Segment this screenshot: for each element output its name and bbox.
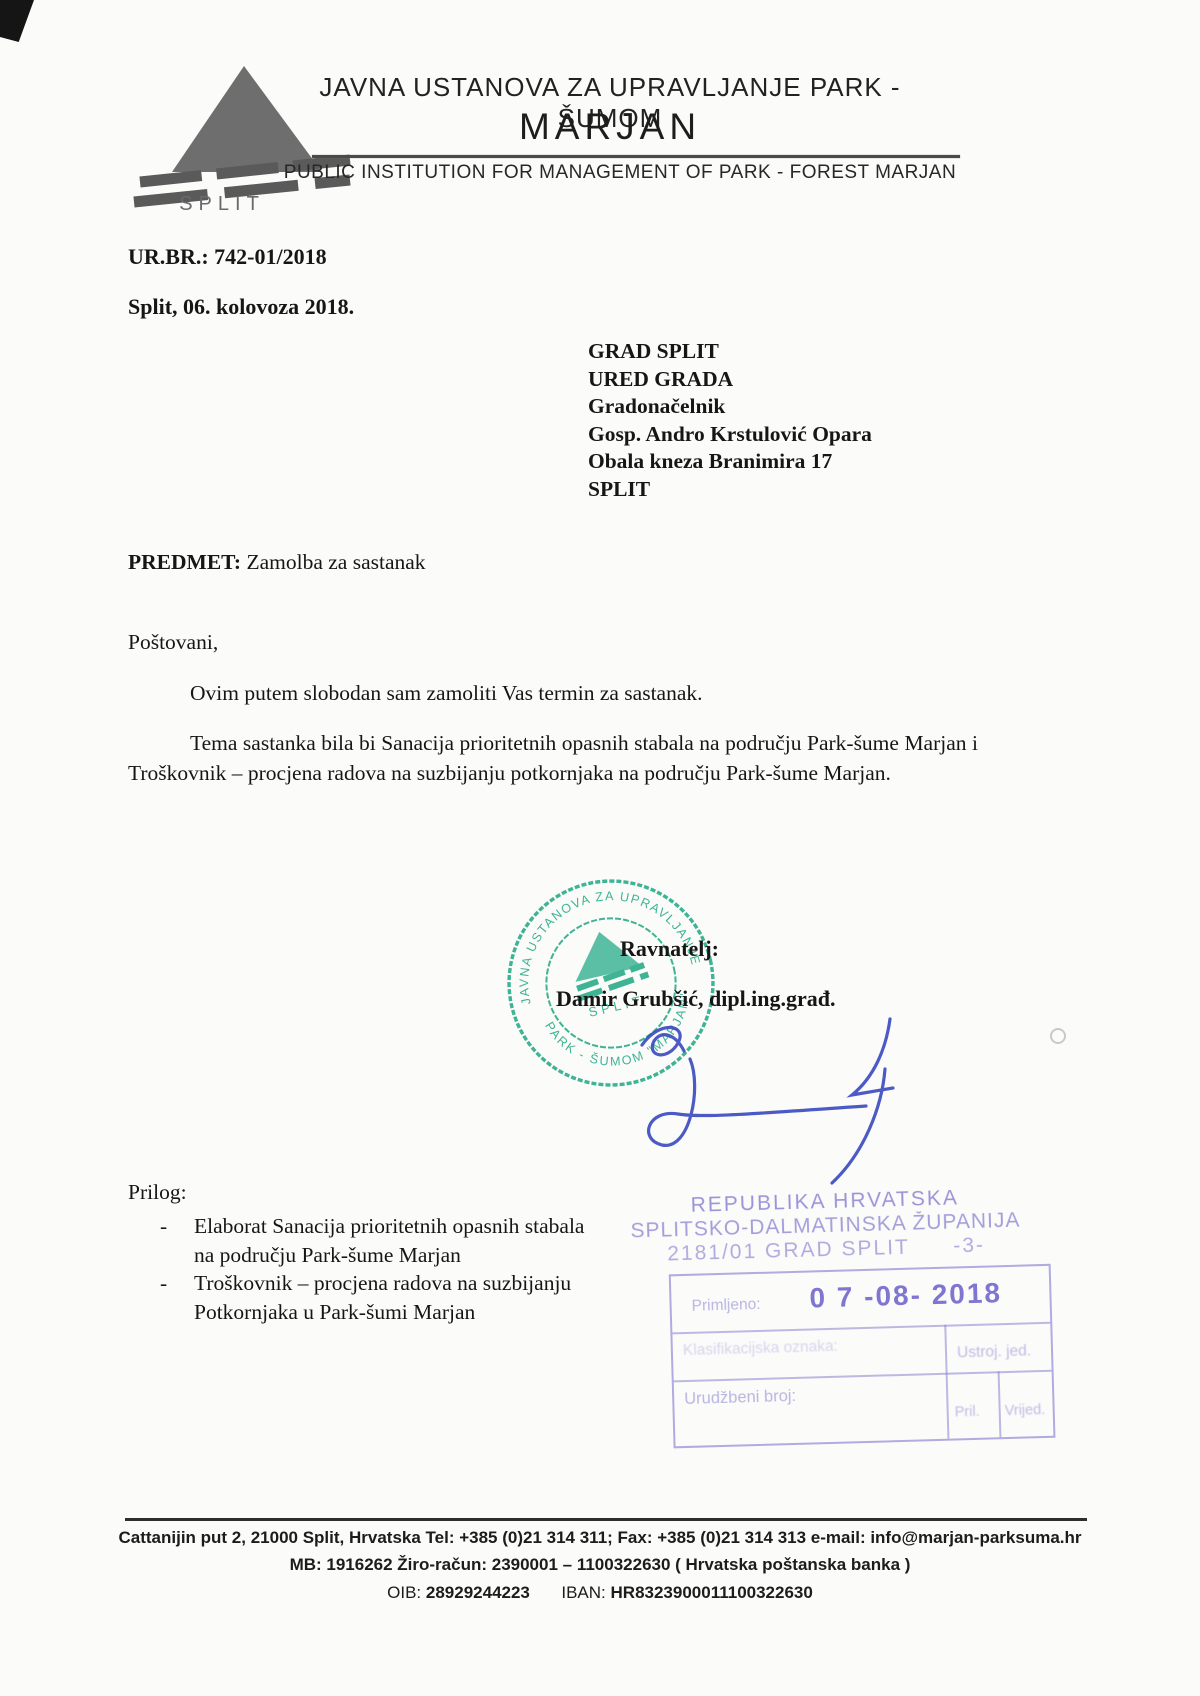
attachment-line: Elaborat Sanacija prioritetnih opasnih s… [194, 1212, 648, 1241]
footer-address-line: Cattanijin put 2, 21000 Split, Hrvatska … [55, 1528, 1145, 1548]
recipient-line: GRAD SPLIT [588, 338, 872, 366]
pril-label: Pril. [954, 1404, 979, 1421]
received-date: 0 7 -08- 2018 [809, 1277, 1002, 1314]
receipt-stamp-box: Primljeno: 0 7 -08- 2018 Klasifikacijska… [669, 1264, 1056, 1449]
iban-value: HR8323900011100322630 [611, 1583, 813, 1602]
footer-bank-line: MB: 1916262 Žiro-račun: 2390001 – 110032… [55, 1555, 1145, 1575]
oib-label: OIB: [387, 1583, 421, 1602]
salutation: Poštovani, [128, 630, 218, 655]
iban-label: IBAN: [561, 1583, 605, 1602]
stamp-box-row-divider [674, 1370, 1052, 1383]
reference-number: UR.BR.: 742-01/2018 [128, 244, 327, 270]
footer-id-line: OIB: 28929244223 IBAN: HR832390001110032… [55, 1583, 1145, 1603]
attachments-label: Prilog: [128, 1180, 187, 1205]
oib-value: 28929244223 [426, 1583, 530, 1602]
handwritten-signature-icon [590, 1003, 920, 1193]
signature-title: Ravnatelj: [620, 936, 719, 962]
stamp-box-row-divider [672, 1322, 1050, 1335]
receipt-stamp: REPUBLIKA HRVATSKA SPLITSKO-DALMATINSKA … [605, 1184, 1052, 1450]
org-name-marjan: MARJAN [270, 106, 950, 148]
subject-line: PREDMET: Zamolba za sastanak [128, 550, 426, 575]
bullet-dash: - [160, 1269, 167, 1298]
recipient-line: Gradonačelnik [588, 393, 872, 421]
attachment-item: - Elaborat Sanacija prioritetnih opasnih… [128, 1212, 648, 1269]
recipient-line: Obala kneza Branimira 17 [588, 448, 872, 476]
stamp-box-col-divider [944, 1325, 949, 1439]
subject-text: Zamolba za sastanak [246, 550, 425, 574]
attachment-line: Troškovnik – procjena radova na suzbijan… [194, 1269, 648, 1298]
receipt-stamp-page-mark: -3- [953, 1234, 985, 1258]
recipient-line: Gosp. Andro Krstulović Opara [588, 421, 872, 449]
scan-artifact-ring [1050, 1028, 1066, 1044]
classification-label: Klasifikacijska oznaka: [683, 1338, 839, 1360]
registry-number-label: Urudžbeni broj: [684, 1387, 796, 1409]
vrijed-label: Vrijed. [1004, 1402, 1045, 1419]
logo-city-label: SPLIT [179, 193, 265, 212]
org-name-line2-english: PUBLIC INSTITUTION FOR MANAGEMENT OF PAR… [280, 162, 960, 184]
body-paragraph-2: Tema sastanka bila bi Sanacija prioritet… [128, 729, 978, 788]
scanned-letter-page: SPLIT JAVNA USTANOVA ZA UPRAVLJANJE PARK… [0, 0, 1200, 1696]
footer-divider [125, 1518, 1087, 1521]
bullet-dash: - [160, 1212, 167, 1241]
attachment-line: Potkornjaka u Park-šumi Marjan [194, 1298, 648, 1327]
recipient-line: SPLIT [588, 476, 872, 504]
attachments-list: - Elaborat Sanacija prioritetnih opasnih… [128, 1212, 648, 1326]
recipient-line: URED GRADA [588, 366, 872, 394]
place-date-line: Split, 06. kolovoza 2018. [128, 294, 354, 320]
attachment-line: na području Park-šume Marjan [194, 1241, 648, 1270]
subject-label: PREDMET: [128, 550, 241, 574]
body-paragraph-1: Ovim putem slobodan sam zamoliti Vas ter… [190, 681, 703, 706]
org-unit-label: Ustroj. jed. [957, 1342, 1032, 1362]
scan-corner-artifact [0, 0, 34, 42]
attachment-item: - Troškovnik – procjena radova na suzbij… [128, 1269, 648, 1326]
header-divider [312, 155, 960, 158]
recipient-block: GRAD SPLIT URED GRADA Gradonačelnik Gosp… [588, 338, 872, 503]
stamp-box-col-divider [998, 1371, 1002, 1437]
received-label: Primljeno: [691, 1296, 760, 1316]
